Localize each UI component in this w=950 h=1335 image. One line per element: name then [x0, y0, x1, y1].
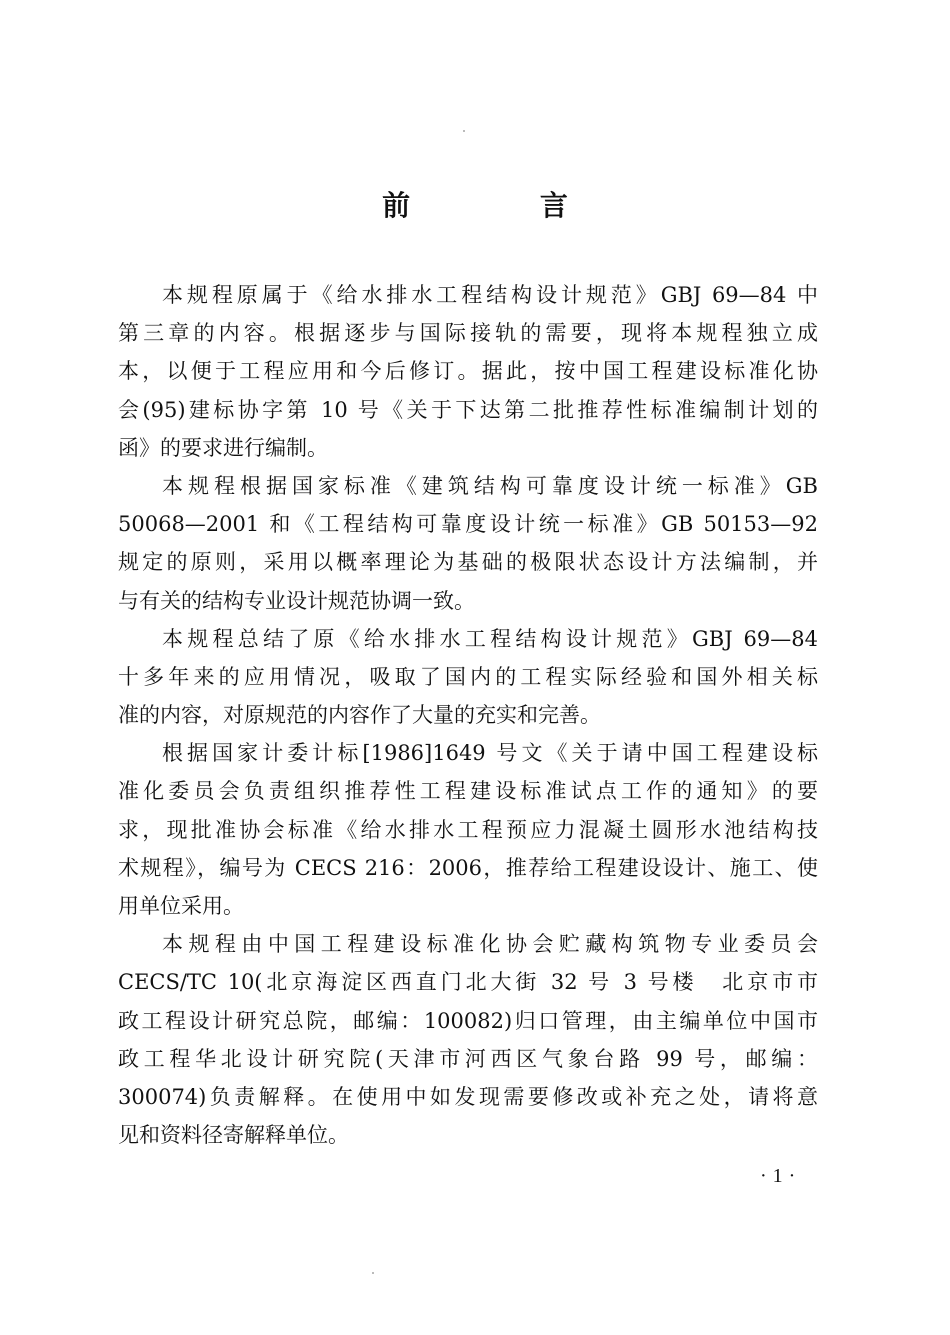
text-line: 政工程设计研究总院，邮编：100082)归口管理，由主编单位中国市	[118, 1002, 818, 1040]
paragraph: 本规程根据国家标准《建筑结构可靠度设计统一标准》GB 50068—2001 和《…	[118, 467, 818, 620]
text-line: 规定的原则，采用以概率理论为基础的极限状态设计方法编制，并	[118, 543, 818, 581]
scan-speck	[463, 130, 465, 132]
text-line: 本规程总结了原《给水排水工程结构设计规范》GBJ 69—84	[118, 620, 818, 658]
preface-body: 本规程原属于《给水排水工程结构设计规范》GBJ 69—84 中 第三章的内容。根…	[118, 276, 818, 1154]
text-line: 函》的要求进行编制。	[118, 429, 818, 467]
paragraph: 根据国家计委计标[1986]1649 号文《关于请中国工程建设标 准化委员会负责…	[118, 734, 818, 925]
text-line: CECS/TC 10(北京海淀区西直门北大街 32 号 3 号楼 北京市市	[118, 963, 818, 1001]
text-line: 准化委员会负责组织推荐性工程建设标准试点工作的通知》的要	[118, 772, 818, 810]
scan-speck	[372, 1272, 374, 1274]
page-number: ·1·	[760, 1165, 801, 1188]
text-line: 本规程根据国家标准《建筑结构可靠度设计统一标准》GB	[118, 467, 818, 505]
text-line: 本规程由中国工程建设标准化协会贮藏构筑物专业委员会	[118, 925, 818, 963]
text-line: 十多年来的应用情况，吸取了国内的工程实际经验和国外相关标	[118, 658, 818, 696]
text-line: 本，以便于工程应用和今后修订。据此，按中国工程建设标准化协	[118, 352, 818, 390]
paragraph: 本规程由中国工程建设标准化协会贮藏构筑物专业委员会 CECS/TC 10(北京海…	[118, 925, 818, 1154]
text-line: 用单位采用。	[118, 887, 818, 925]
text-line: 本规程原属于《给水排水工程结构设计规范》GBJ 69—84 中	[118, 276, 818, 314]
text-line: 第三章的内容。根据逐步与国际接轨的需要，现将本规程独立成	[118, 314, 818, 352]
paragraph: 本规程原属于《给水排水工程结构设计规范》GBJ 69—84 中 第三章的内容。根…	[118, 276, 818, 467]
text-line: 求，现批准协会标准《给水排水工程预应力混凝土圆形水池结构技	[118, 811, 818, 849]
text-line: 300074)负责解释。在使用中如发现需要修改或补充之处，请将意	[118, 1078, 818, 1116]
text-line: 术规程》，编号为 CECS 216：2006，推荐给工程建设设计、施工、使	[118, 849, 818, 887]
text-line: 与有关的结构专业设计规范协调一致。	[118, 582, 818, 620]
text-line: 准的内容，对原规范的内容作了大量的充实和完善。	[118, 696, 818, 734]
text-line: 根据国家计委计标[1986]1649 号文《关于请中国工程建设标	[118, 734, 818, 772]
text-line: 见和资料径寄解释单位。	[118, 1116, 818, 1154]
text-line: 政工程华北设计研究院(天津市河西区气象台路 99 号，邮编：	[118, 1040, 818, 1078]
text-line: 会(95)建标协字第 10 号《关于下达第二批推荐性标准编制计划的	[118, 391, 818, 429]
paragraph: 本规程总结了原《给水排水工程结构设计规范》GBJ 69—84 十多年来的应用情况…	[118, 620, 818, 735]
page-title: 前 言	[0, 184, 950, 224]
text-line: 50068—2001 和《工程结构可靠度设计统一标准》GB 50153—92	[118, 505, 818, 543]
